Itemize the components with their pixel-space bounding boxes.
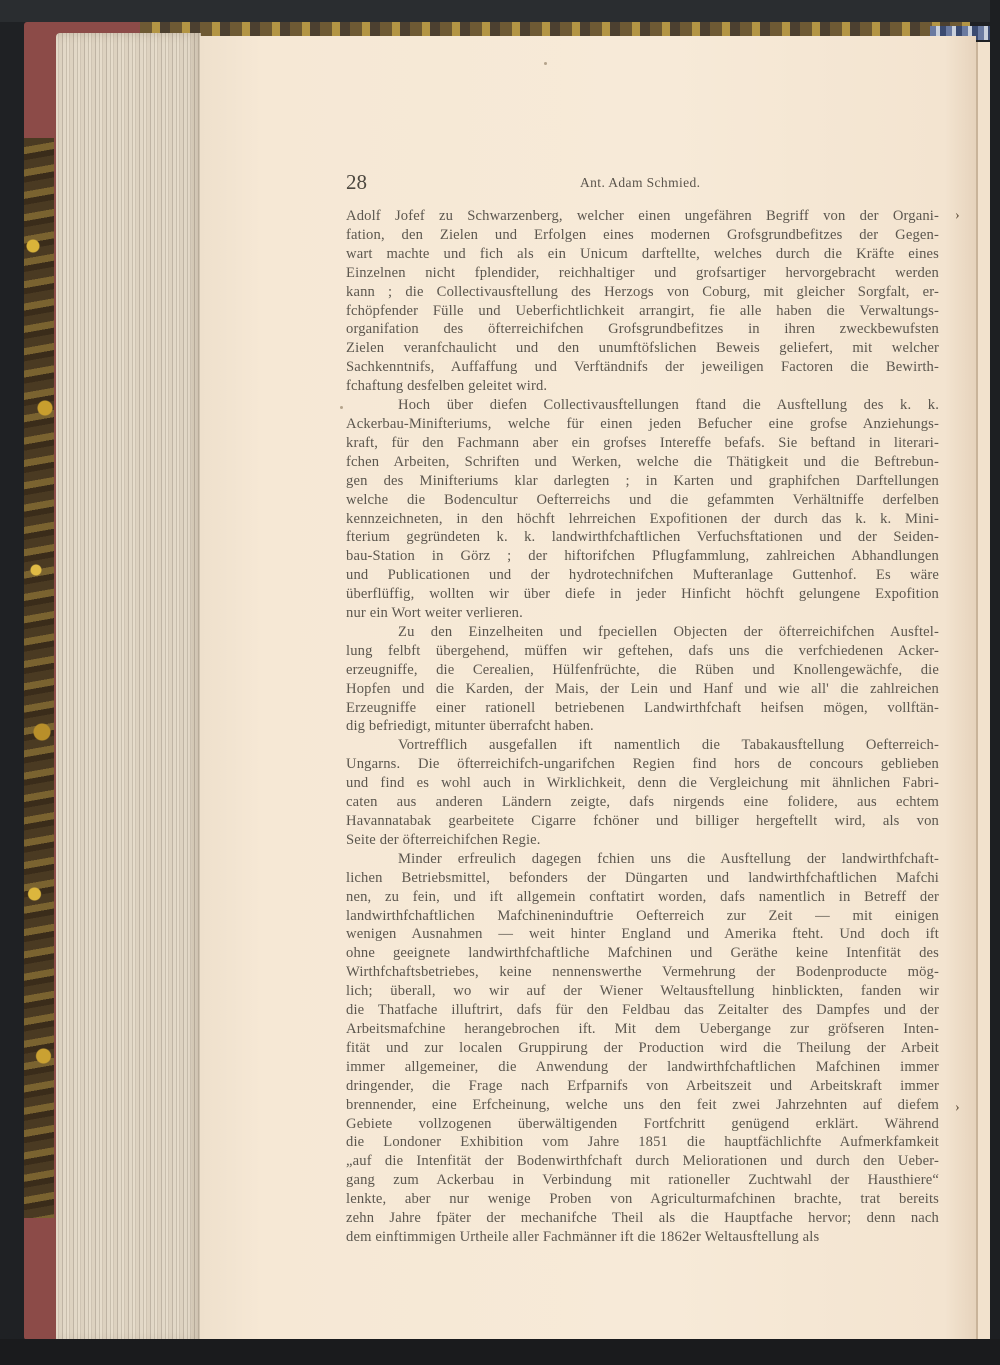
background-top bbox=[0, 0, 1000, 22]
margin-mark: › bbox=[955, 1100, 960, 1116]
text-line: Seite der öfterreichifchen Regie. bbox=[346, 831, 939, 850]
text-line: und find es wohl auch in Wirklichkeit, d… bbox=[346, 774, 939, 793]
book-photo: 28 Ant. Adam Schmied. Adolf Jofef zu Sch… bbox=[0, 0, 1000, 1365]
text-line: die Londoner Exhibition vom Jahre 1851 d… bbox=[346, 1133, 939, 1152]
text-line: organifation des öfterreichifchen Grofsg… bbox=[346, 320, 939, 339]
text-line: fchaftung desfelben geleitet wird. bbox=[346, 377, 939, 396]
text-line: fterium gegründeten k. k. landwirthfchaf… bbox=[346, 528, 939, 547]
running-title: Ant. Adam Schmied. bbox=[580, 175, 700, 191]
text-line: lung felbft übergehend, müffen wir gefte… bbox=[346, 642, 939, 661]
text-line: Hoch über diefen Collectivausftellungen … bbox=[346, 396, 939, 415]
margin-mark: › bbox=[955, 208, 960, 224]
text-line: Wirthfchaftsbetriebes, keine nennenswert… bbox=[346, 963, 939, 982]
page-stack-edges bbox=[56, 33, 201, 1343]
text-line: Erzeugniffe einer rationell betriebenen … bbox=[346, 699, 939, 718]
text-line: landwirthfchaftlichen Mafchineninduftrie… bbox=[346, 907, 939, 926]
paper-speck bbox=[340, 406, 343, 409]
paragraph: Adolf Jofef zu Schwarzenberg, welcher ei… bbox=[346, 207, 939, 396]
text-line: fchen Arbeiten, Schriften und Werken, we… bbox=[346, 453, 939, 472]
text-line: brennender, eine Erfcheinung, welche uns… bbox=[346, 1096, 939, 1115]
text-line: Ackerbau-Minifteriums, welche für einen … bbox=[346, 415, 939, 434]
paragraph: Vortrefflich ausgefallen ift namentlich … bbox=[346, 736, 939, 849]
text-line: wart machte und fich als ein Unicum darf… bbox=[346, 245, 939, 264]
text-line: Zu den Einzelheiten und fpeciellen Objec… bbox=[346, 623, 939, 642]
text-line: lichen Betriebsmittel, befonders der Dün… bbox=[346, 869, 939, 888]
text-line: fchöpfender Fülle und Ueberfichtlichkeit… bbox=[346, 302, 939, 321]
text-line: Havannatabak gearbeitete Cigarre fchöner… bbox=[346, 812, 939, 831]
text-line: Einzelnen nicht fplendider, reichhaltige… bbox=[346, 264, 939, 283]
text-line: wenigen Ausnahmen — weit hinter England … bbox=[346, 925, 939, 944]
text-line: ohne geeignete landwirthfchaftliche Mafc… bbox=[346, 944, 939, 963]
text-line: Minder erfreulich dagegen fchien uns die… bbox=[346, 850, 939, 869]
text-line: gang zum Ackerbau in Verbindung mit rati… bbox=[346, 1171, 939, 1190]
text-line: und Publicationen und der hydrotechnifch… bbox=[346, 566, 939, 585]
text-line: fität und zur localen Gruppirung der Pro… bbox=[346, 1039, 939, 1058]
text-line: überflüffig, wollten wir über diefe in j… bbox=[346, 585, 939, 604]
text-line: dem einftimmigen Urtheile aller Fachmänn… bbox=[346, 1228, 939, 1247]
marbled-board bbox=[24, 138, 54, 1218]
text-line: Adolf Jofef zu Schwarzenberg, welcher ei… bbox=[346, 207, 939, 226]
text-line: Zielen veranfchaulicht und den unumftöfs… bbox=[346, 339, 939, 358]
paragraph: Zu den Einzelheiten und fpeciellen Objec… bbox=[346, 623, 939, 736]
text-line: caten aus anderen Ländern zeigte, dafs n… bbox=[346, 793, 939, 812]
text-line: Arbeitsmafchine herangebrochen ift. Mit … bbox=[346, 1020, 939, 1039]
running-head: 28 Ant. Adam Schmied. bbox=[346, 170, 946, 196]
top-marbled-edge bbox=[140, 22, 970, 36]
text-line: Hopfen und die Karden, der Mais, der Lei… bbox=[346, 680, 939, 699]
text-line: nur ein Wort weiter verlieren. bbox=[346, 604, 939, 623]
text-line: Ungarns. Die öfterreichifch-ungarifchen … bbox=[346, 755, 939, 774]
text-line: fation, den Zielen und Erfolgen eines mo… bbox=[346, 226, 939, 245]
text-line: gen des Minifteriums klar darlegten ; in… bbox=[346, 472, 939, 491]
text-line: „auf die Intenfität der Bodenwirthfchaft… bbox=[346, 1152, 939, 1171]
text-line: erzeugniffe, die Cerealien, Hülfenfrücht… bbox=[346, 661, 939, 680]
text-line: lenkte, aber nur wenige Proben von Agric… bbox=[346, 1190, 939, 1209]
text-line: kraft, für den Fachmann aber ein grofses… bbox=[346, 434, 939, 453]
text-line: Vortrefflich ausgefallen ift namentlich … bbox=[346, 736, 939, 755]
background-right bbox=[990, 0, 1000, 1365]
facing-page-edge bbox=[976, 42, 990, 1340]
text-line: welche die Bodencultur Oefterreichs und … bbox=[346, 491, 939, 510]
background-bottom bbox=[0, 1339, 1000, 1365]
body-text: Adolf Jofef zu Schwarzenberg, welcher ei… bbox=[346, 207, 939, 1247]
text-line: lich; überall, wo wir auf der Wiener Wel… bbox=[346, 982, 939, 1001]
paragraph: Hoch über diefen Collectivausftellungen … bbox=[346, 396, 939, 623]
page-number: 28 bbox=[346, 170, 367, 195]
paragraph: Minder erfreulich dagegen fchien uns die… bbox=[346, 850, 939, 1247]
text-line: zehn Jahre fpäter der mechanifche Theil … bbox=[346, 1209, 939, 1228]
text-line: die Thatfache illuftrirt, dafs für den F… bbox=[346, 1001, 939, 1020]
text-line: Gebiete vollzogenen überwältigenden Fort… bbox=[346, 1115, 939, 1134]
text-line: Sachkenntnifs, Auffaffung und Verftändni… bbox=[346, 358, 939, 377]
paper-speck bbox=[544, 62, 547, 65]
text-line: dringender, die Frage nach Erfparnifs vo… bbox=[346, 1077, 939, 1096]
text-line: dig befriedigt, mitunter überrafcht habe… bbox=[346, 717, 939, 736]
text-line: kennzeichneten, in den höchft lehrreiche… bbox=[346, 510, 939, 529]
text-line: bau-Station in Görz ; der hiftorifchen P… bbox=[346, 547, 939, 566]
text-line: immer allgemeiner, die Anwendung der lan… bbox=[346, 1058, 939, 1077]
text-line: kann ; die Collectivausftellung des Herz… bbox=[346, 283, 939, 302]
text-line: nen, zu fein, und ift allgemein conftati… bbox=[346, 888, 939, 907]
